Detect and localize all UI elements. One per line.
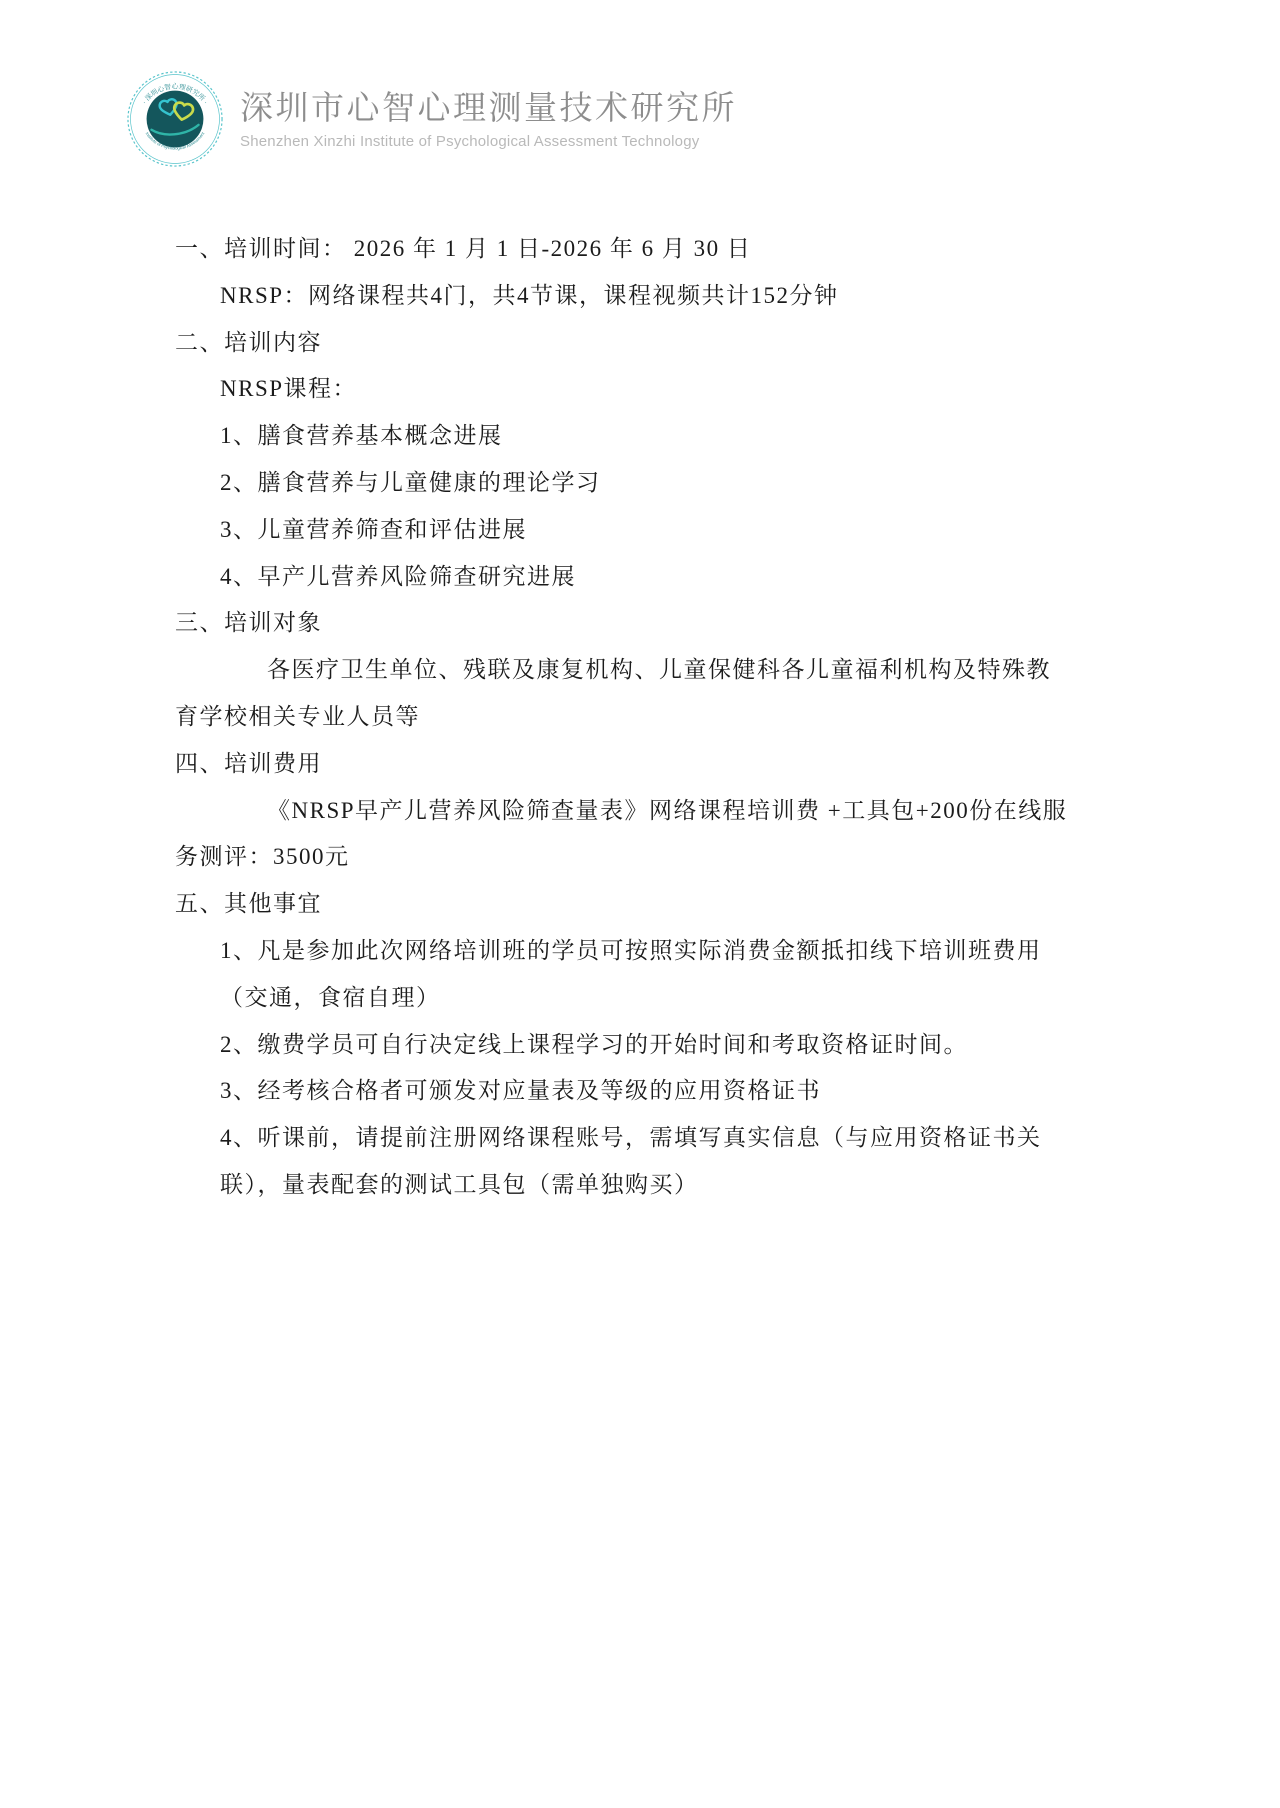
document-line: 各医疗卫生单位、残联及康复机构、儿童保健科各儿童福利机构及特殊教: [175, 647, 1115, 694]
document-line: 1、膳食营养基本概念进展: [175, 413, 1115, 460]
document-page: · 深圳心智心理研究所 · Institute of Psychological…: [0, 0, 1280, 1808]
document-line: 联），量表配套的测试工具包（需单独购买）: [175, 1162, 1115, 1209]
document-line: 2、缴费学员可自行决定线上课程学习的开始时间和考取资格证时间。: [175, 1022, 1115, 1069]
document-line: 五、其他事宜: [175, 881, 1115, 928]
document-line: 务测评：3500元: [175, 834, 1115, 881]
org-title-english: Shenzhen Xinzhi Institute of Psychologic…: [240, 131, 737, 153]
institute-logo-icon: · 深圳心智心理研究所 · Institute of Psychological…: [126, 70, 224, 168]
document-line: NRSP：网络课程共4门，共4节课，课程视频共计152分钟: [175, 273, 1115, 320]
org-title-chinese: 深圳市心智心理测量技术研究所: [240, 88, 737, 128]
document-header: · 深圳心智心理研究所 · Institute of Psychological…: [0, 0, 1280, 200]
document-line: 3、儿童营养筛查和评估进展: [175, 507, 1115, 554]
document-line: 四、培训费用: [175, 741, 1115, 788]
document-line: 2、膳食营养与儿童健康的理论学习: [175, 460, 1115, 507]
document-line: 1、凡是参加此次网络培训班的学员可按照实际消费金额抵扣线下培训班费用: [175, 928, 1115, 975]
document-line: （交通，食宿自理）: [175, 975, 1115, 1022]
document-body: 一、培训时间： 2026 年 1 月 1 日-2026 年 6 月 30 日NR…: [175, 226, 1115, 1209]
document-line: NRSP课程：: [175, 366, 1115, 413]
document-line: 三、培训对象: [175, 600, 1115, 647]
org-titles: 深圳市心智心理测量技术研究所 Shenzhen Xinzhi Institute…: [240, 88, 737, 153]
document-line: 4、早产儿营养风险筛查研究进展: [175, 554, 1115, 601]
document-line: 一、培训时间： 2026 年 1 月 1 日-2026 年 6 月 30 日: [175, 226, 1115, 273]
document-line: 4、听课前，请提前注册网络课程账号，需填写真实信息（与应用资格证书关: [175, 1115, 1115, 1162]
document-line: 育学校相关专业人员等: [175, 694, 1115, 741]
document-line: 《NRSP早产儿营养风险筛查量表》网络课程培训费 +工具包+200份在线服: [175, 788, 1115, 835]
document-line: 二、培训内容: [175, 320, 1115, 367]
document-line: 3、经考核合格者可颁发对应量表及等级的应用资格证书: [175, 1068, 1115, 1115]
